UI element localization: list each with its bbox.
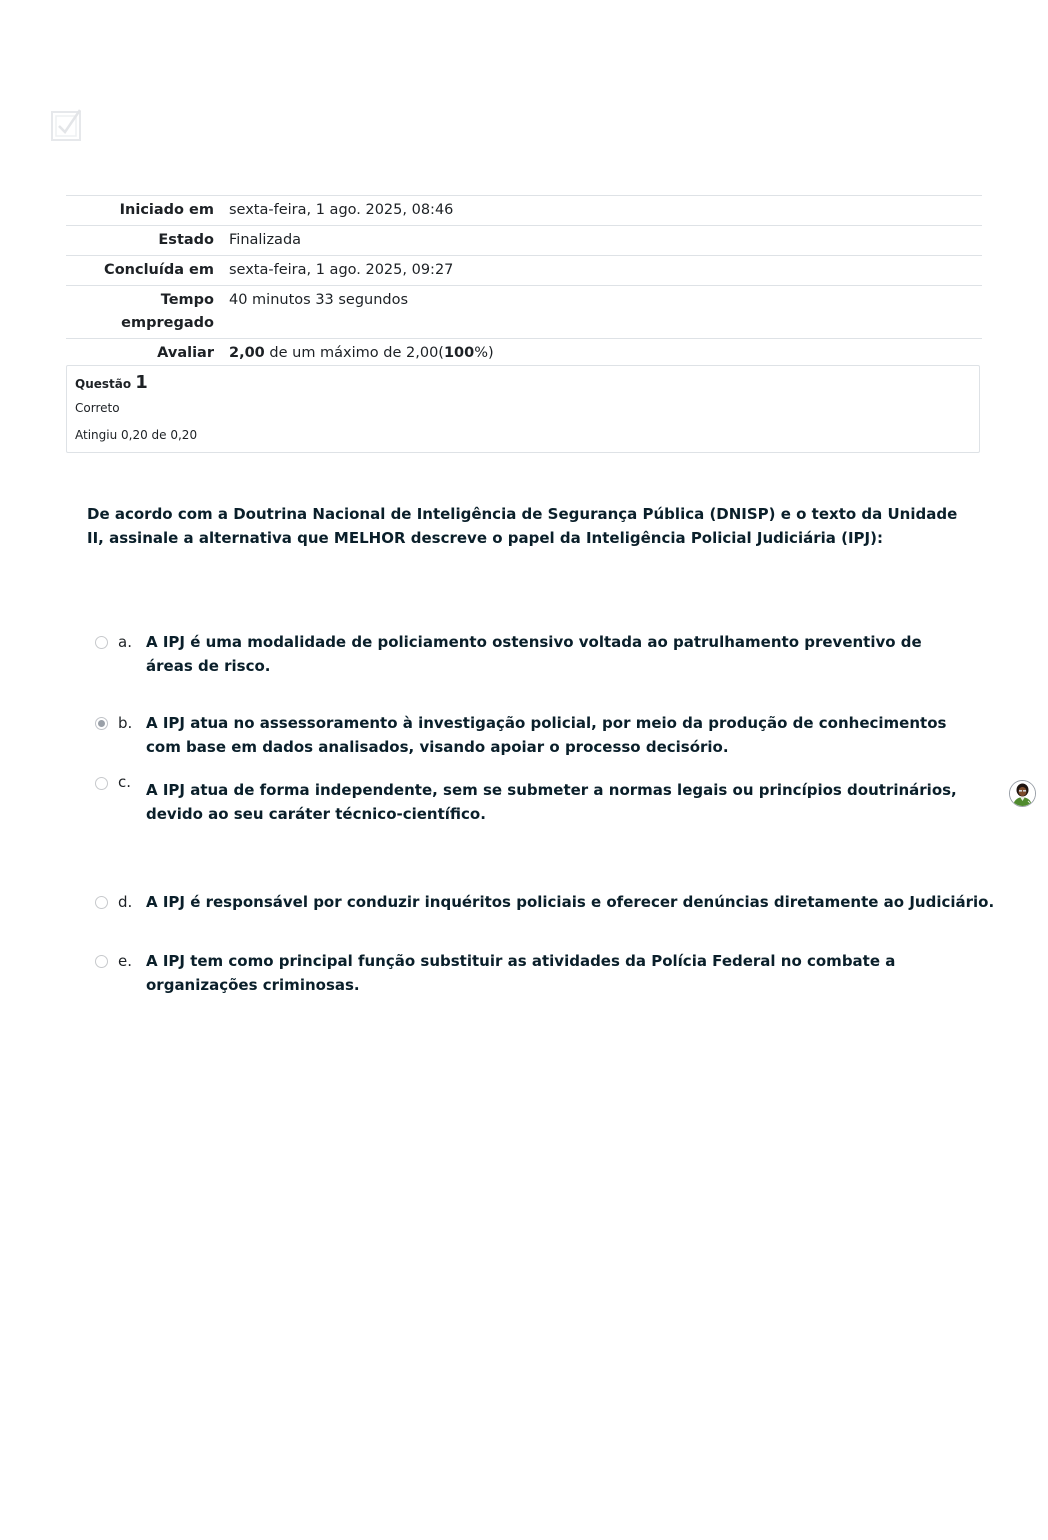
question-number-label: Questão xyxy=(75,377,131,391)
answer-letter: b. xyxy=(118,712,132,736)
summary-value: 40 minutos 33 segundos xyxy=(229,286,982,339)
summary-label: Tempo empregado xyxy=(66,286,229,339)
answer-letter: a. xyxy=(118,631,132,655)
answer-letter: d. xyxy=(118,891,132,915)
grade-suffix: %) xyxy=(474,345,493,361)
grade-score: 2,00 xyxy=(229,345,265,361)
summary-value: sexta-feira, 1 ago. 2025, 09:27 xyxy=(229,256,982,286)
answer-letter: c. xyxy=(118,771,131,795)
answer-text: A IPJ tem como principal função substitu… xyxy=(146,950,961,997)
summary-row-grade: Avaliar 2,00 de um máximo de 2,00(100%) xyxy=(66,339,982,369)
attempt-summary-table: Iniciado em sexta-feira, 1 ago. 2025, 08… xyxy=(66,195,982,368)
question-info-box: Questão 1 Correto Atingiu 0,20 de 0,20 xyxy=(66,365,980,453)
summary-value: Finalizada xyxy=(229,226,982,256)
question-text: De acordo com a Doutrina Nacional de Int… xyxy=(87,503,967,550)
question-grade: Atingiu 0,20 de 0,20 xyxy=(75,422,971,449)
radio-button[interactable] xyxy=(95,636,108,649)
summary-row-completed: Concluída em sexta-feira, 1 ago. 2025, 0… xyxy=(66,256,982,286)
answer-text: A IPJ é uma modalidade de policiamento o… xyxy=(146,631,961,678)
question-state: Correto xyxy=(75,395,971,422)
grade-percent: 100 xyxy=(444,345,474,361)
radio-button-selected[interactable] xyxy=(95,717,108,730)
answer-letter: e. xyxy=(118,950,132,974)
summary-label: Avaliar xyxy=(66,339,229,369)
summary-label: Iniciado em xyxy=(66,196,229,226)
summary-row-time-taken: Tempo empregado 40 minutos 33 segundos xyxy=(66,286,982,339)
answer-text: A IPJ atua de forma independente, sem se… xyxy=(146,779,961,826)
answer-text: A IPJ atua no assessoramento à investiga… xyxy=(146,712,961,759)
grade-middle: de um máximo de 2,00( xyxy=(265,345,444,361)
radio-button[interactable] xyxy=(95,955,108,968)
summary-value: sexta-feira, 1 ago. 2025, 08:46 xyxy=(229,196,982,226)
summary-label: Concluída em xyxy=(66,256,229,286)
radio-button[interactable] xyxy=(95,896,108,909)
summary-row-state: Estado Finalizada xyxy=(66,226,982,256)
radio-button[interactable] xyxy=(95,777,108,790)
answer-text: A IPJ é responsável por conduzir inquéri… xyxy=(146,891,976,915)
user-avatar-icon[interactable] xyxy=(1009,780,1036,807)
question-number: Questão 1 xyxy=(75,372,971,395)
quiz-checkbox-icon xyxy=(50,106,86,142)
question-number-value: 1 xyxy=(135,372,148,393)
summary-row-started: Iniciado em sexta-feira, 1 ago. 2025, 08… xyxy=(66,196,982,226)
summary-label: Estado xyxy=(66,226,229,256)
summary-value: 2,00 de um máximo de 2,00(100%) xyxy=(229,339,982,369)
